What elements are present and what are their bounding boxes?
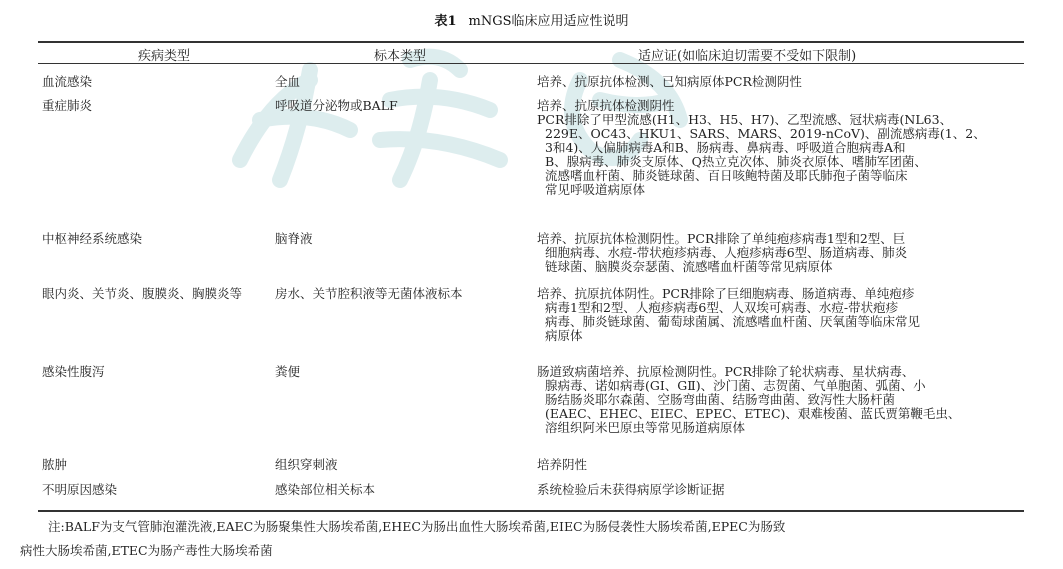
cell-disease: 眼内炎、关节炎、腹膜炎、胸膜炎等 bbox=[42, 287, 267, 301]
cell-indication: 培养、抗原抗体检测阴性。PCR排除了单纯疱疹病毒1型和2型、巨 细胞病毒、水痘-… bbox=[537, 232, 1017, 274]
table-top-rule bbox=[38, 41, 1024, 43]
cell-specimen: 脑脊液 bbox=[275, 232, 535, 246]
cell-disease: 感染性腹泻 bbox=[42, 365, 267, 379]
cell-disease: 中枢神经系统感染 bbox=[42, 232, 267, 246]
header-indication: 适应证(如临床迫切需要不受如下限制) bbox=[638, 45, 856, 64]
cell-disease: 血流感染 bbox=[42, 75, 267, 89]
cell-specimen: 房水、关节腔积液等无菌体液标本 bbox=[275, 287, 535, 301]
table-caption: 表1mNGS临床应用适应性说明 bbox=[0, 10, 1063, 29]
table-header: 疾病类型 标本类型 适应证(如临床迫切需要不受如下限制) bbox=[38, 45, 1024, 61]
cell-specimen: 感染部位相关标本 bbox=[275, 483, 535, 497]
header-disease-type: 疾病类型 bbox=[138, 45, 190, 64]
table-label: 表1 bbox=[434, 14, 456, 29]
table-note-line-1: 注:BALF为支气管肺泡灌洗液,EAEC为肠聚集性大肠埃希菌,EHEC为肠出血性… bbox=[0, 520, 1063, 534]
cell-disease: 脓肿 bbox=[42, 458, 267, 472]
cell-specimen: 呼吸道分泌物或BALF bbox=[275, 99, 535, 113]
cell-disease: 不明原因感染 bbox=[42, 483, 267, 497]
cell-indication: 培养、抗原抗体检测阴性 PCR排除了甲型流感(H1、H3、H5、H7)、乙型流感… bbox=[537, 99, 1017, 197]
cell-indication: 培养阴性 bbox=[537, 458, 1017, 472]
cell-disease: 重症肺炎 bbox=[42, 99, 267, 113]
cell-specimen: 组织穿刺液 bbox=[275, 458, 535, 472]
cell-specimen: 粪便 bbox=[275, 365, 535, 379]
table-title: mNGS临床应用适应性说明 bbox=[469, 14, 629, 29]
cell-specimen: 全血 bbox=[275, 75, 535, 89]
table-note-line-2: 病性大肠埃希菌,ETEC为肠产毒性大肠埃希菌 bbox=[0, 544, 1063, 558]
cell-indication: 系统检验后未获得病原学诊断证据 bbox=[537, 483, 1017, 497]
table-header-rule bbox=[38, 63, 1024, 64]
cell-indication: 肠道致病菌培养、抗原检测阴性。PCR排除了轮状病毒、星状病毒、 腺病毒、诺如病毒… bbox=[537, 365, 1017, 435]
cell-indication: 培养、抗原抗体检测、已知病原体PCR检测阴性 bbox=[537, 75, 1017, 89]
header-specimen-type: 标本类型 bbox=[374, 45, 426, 64]
cell-indication: 培养、抗原抗体阴性。PCR排除了巨细胞病毒、肠道病毒、单纯疱疹 病毒1型和2型、… bbox=[537, 287, 1017, 343]
table-bottom-rule bbox=[38, 510, 1024, 512]
